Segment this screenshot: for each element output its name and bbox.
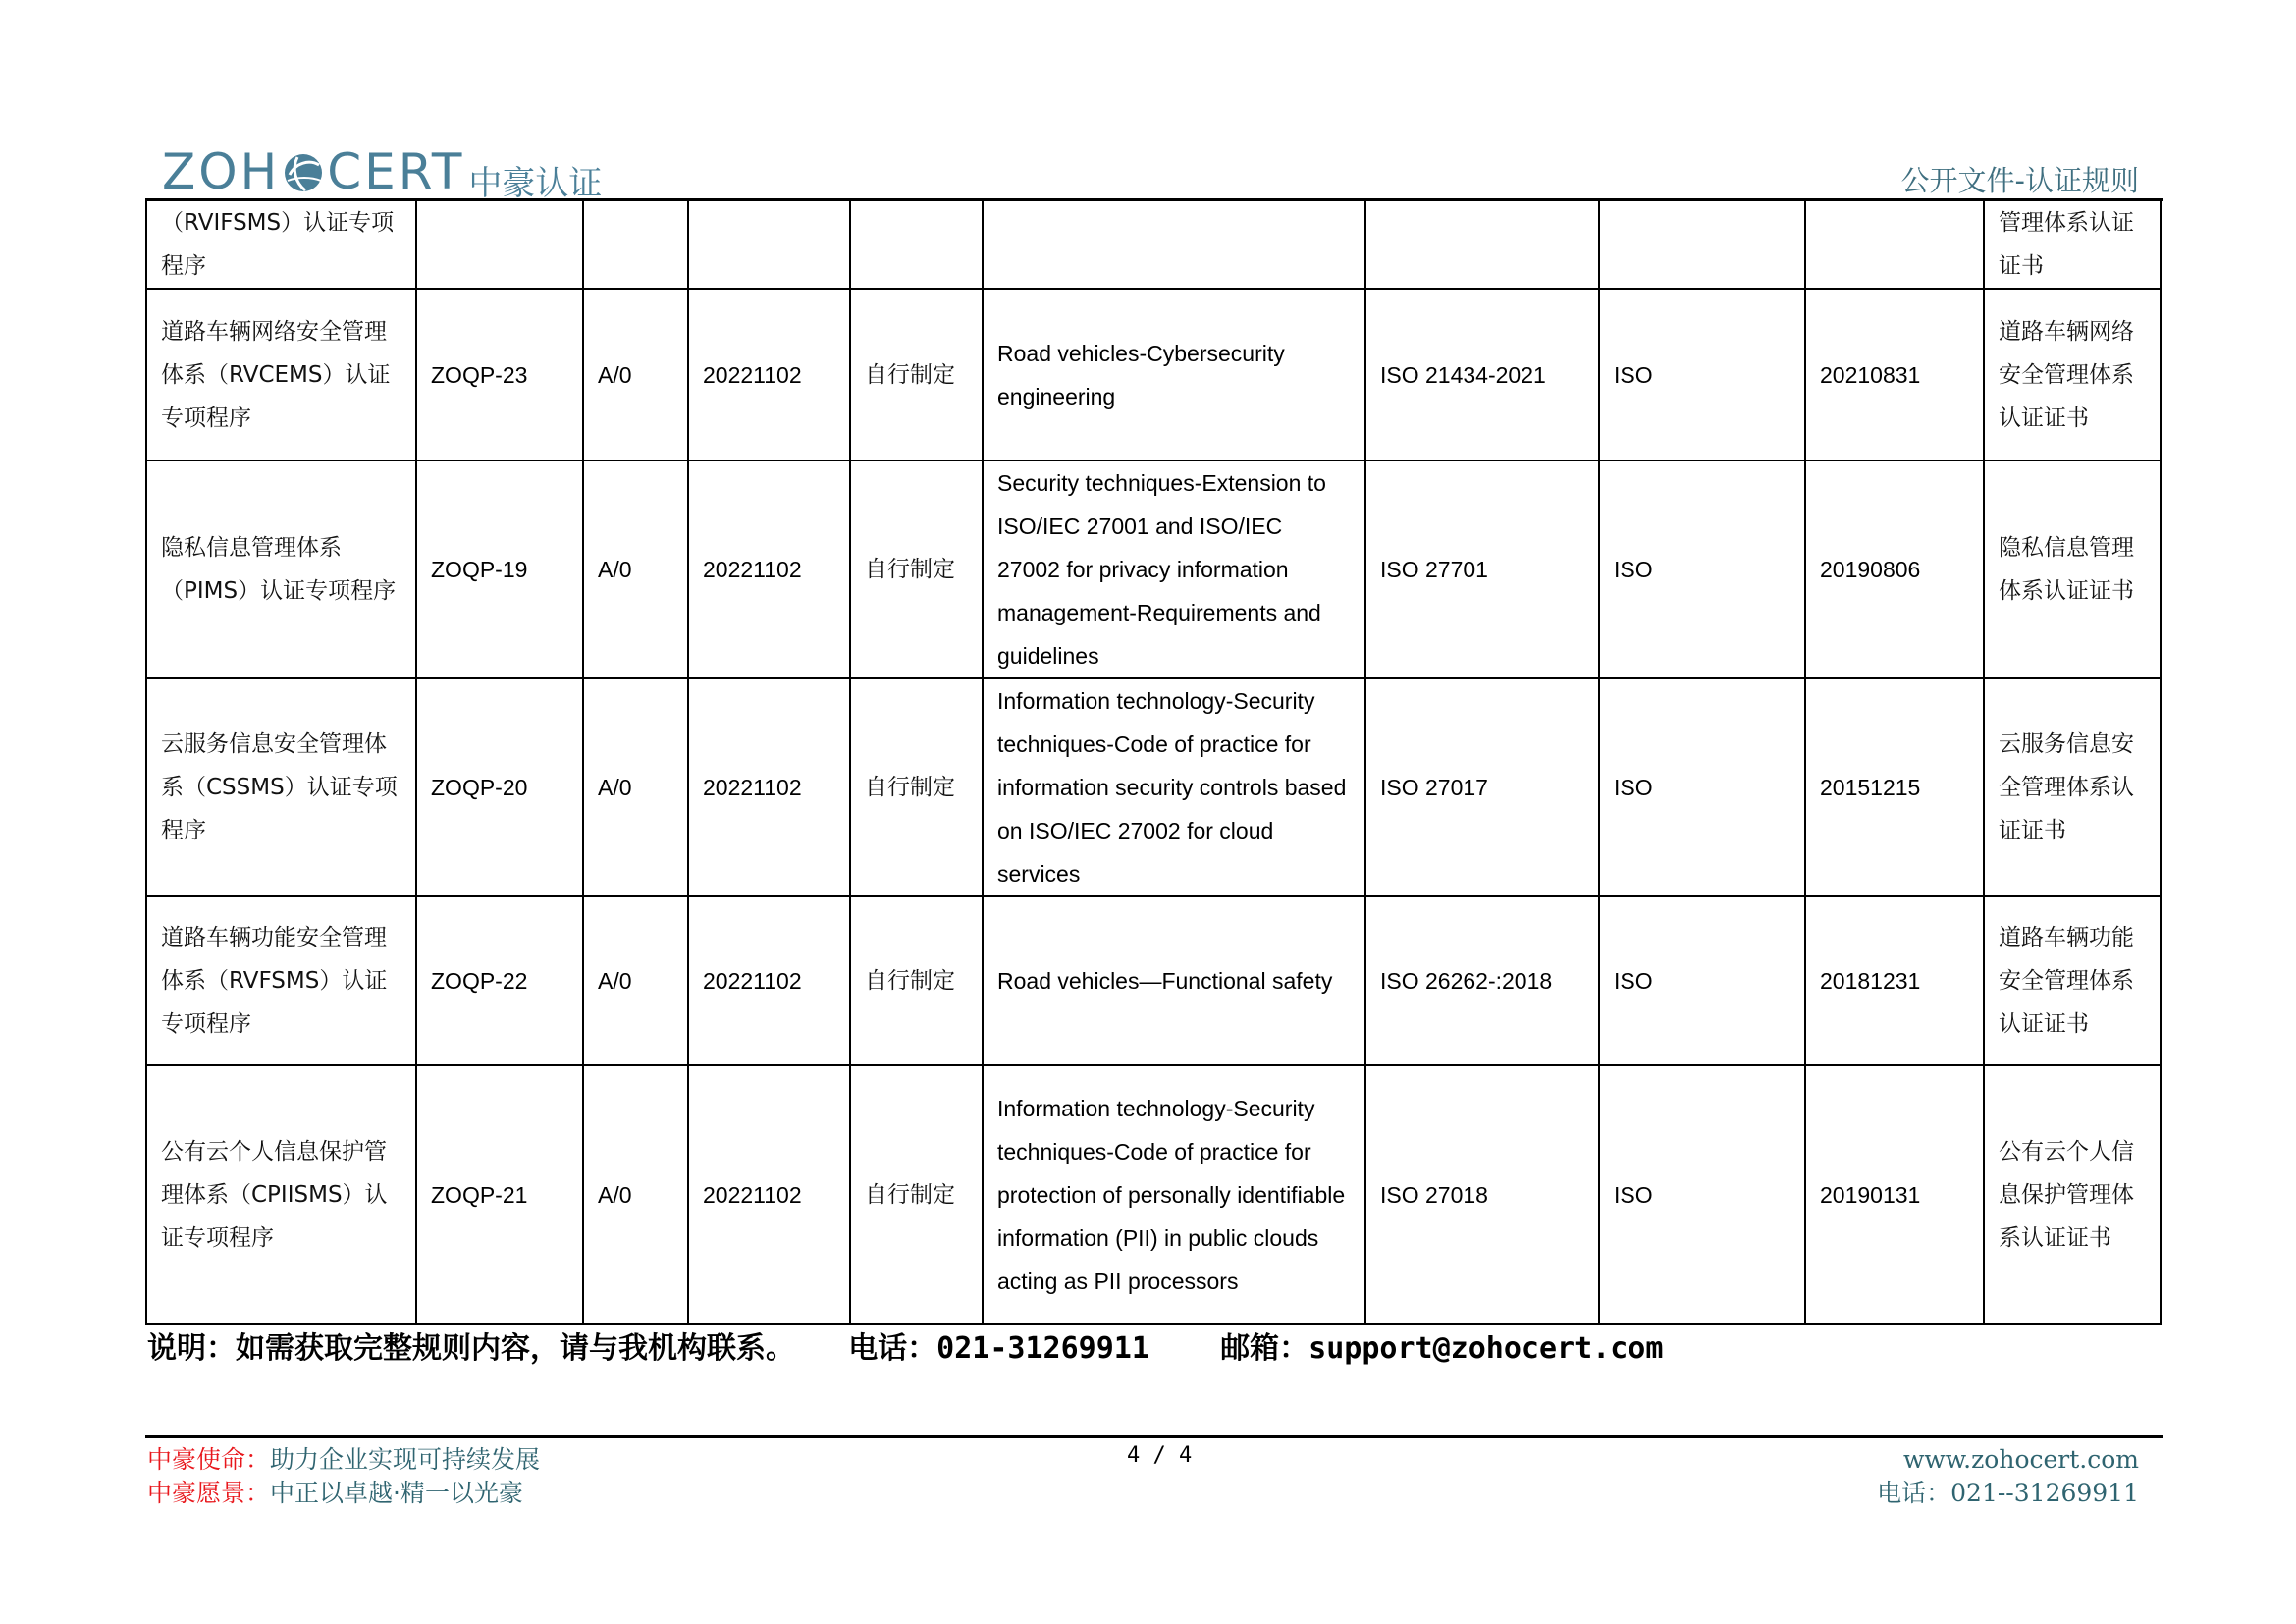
standard-date-cell: 20151215 — [1805, 678, 1984, 896]
mission-value: 助力企业实现可持续发展 — [270, 1445, 540, 1474]
version-cell: A/0 — [583, 1065, 688, 1324]
logo-chinese-name: 中豪认证 — [468, 167, 602, 200]
contact-note: 说明：如需获取完整规则内容，请与我机构联系。 电话：021-31269911 邮… — [147, 1324, 1663, 1367]
procedure-code-cell — [416, 200, 583, 289]
procedure-code-cell: ZOQP-23 — [416, 289, 583, 460]
standard-date-cell: 20210831 — [1805, 289, 1984, 460]
certificate-cell: 公有云个人信息保护管理体系认证证书 — [1984, 1065, 2161, 1324]
issuing-org-cell: ISO — [1599, 1065, 1805, 1324]
footer-divider — [145, 1435, 2163, 1438]
issuing-org-cell: ISO — [1599, 460, 1805, 678]
source-cell: 自行制定 — [850, 678, 983, 896]
procedure-name-cell: 隐私信息管理体系（PIMS）认证专项程序 — [146, 460, 416, 678]
source-cell — [850, 200, 983, 289]
standard-title-cell: Information technology-Security techniqu… — [983, 678, 1365, 896]
source-cell: 自行制定 — [850, 289, 983, 460]
certificate-cell: 隐私信息管理体系认证证书 — [1984, 460, 2161, 678]
standard-number-cell — [1365, 200, 1599, 289]
standard-title-cell: Road vehicles—Functional safety — [983, 896, 1365, 1065]
standard-title-cell: Road vehicles-Cybersecurity engineering — [983, 289, 1365, 460]
issuing-org-cell: ISO — [1599, 678, 1805, 896]
standard-number-cell: ISO 27018 — [1365, 1065, 1599, 1324]
procedure-name-cell: 云服务信息安全管理体系（CSSMS）认证专项程序 — [146, 678, 416, 896]
standard-number-cell: ISO 26262-:2018 — [1365, 896, 1599, 1065]
table-row: 公有云个人信息保护管理体系（CPIISMS）认证专项程序ZOQP-21A/020… — [146, 1065, 2161, 1324]
version-cell: A/0 — [583, 289, 688, 460]
globe-icon — [282, 151, 325, 194]
vision-label: 中豪愿景： — [147, 1479, 270, 1507]
footer-slogans: 中豪使命：助力企业实现可持续发展 中豪愿景：中正以卓越·精一以光豪 — [147, 1443, 540, 1510]
rules-table: （RVIFSMS）认证专项程序管理体系认证证书道路车辆网络安全管理体系（RVCE… — [145, 199, 2162, 1325]
standard-number-cell: ISO 27017 — [1365, 678, 1599, 896]
effective-date-cell: 20221102 — [688, 289, 850, 460]
footer-phone: 电话：021--31269911 — [1877, 1477, 2139, 1510]
logo-text-right: CERT — [327, 147, 464, 196]
vision-line: 中豪愿景：中正以卓越·精一以光豪 — [147, 1477, 540, 1510]
version-cell: A/0 — [583, 896, 688, 1065]
standard-title-cell: Security techniques-Extension to ISO/IEC… — [983, 460, 1365, 678]
procedure-name-cell: （RVIFSMS）认证专项程序 — [146, 200, 416, 289]
certificate-cell: 云服务信息安全管理体系认证证书 — [1984, 678, 2161, 896]
certificate-cell: 道路车辆功能安全管理体系认证证书 — [1984, 896, 2161, 1065]
effective-date-cell: 20221102 — [688, 678, 850, 896]
mission-line: 中豪使命：助力企业实现可持续发展 — [147, 1443, 540, 1477]
procedure-code-cell: ZOQP-20 — [416, 678, 583, 896]
source-cell: 自行制定 — [850, 896, 983, 1065]
document-title: 公开文件-认证规则 — [1901, 159, 2139, 199]
source-cell: 自行制定 — [850, 460, 983, 678]
logo-text-left: ZOH — [162, 147, 280, 196]
effective-date-cell: 20221102 — [688, 460, 850, 678]
issuing-org-cell — [1599, 200, 1805, 289]
standard-number-cell: ISO 27701 — [1365, 460, 1599, 678]
company-logo: ZOH CERT 中豪认证 — [162, 137, 602, 196]
table-row: 云服务信息安全管理体系（CSSMS）认证专项程序ZOQP-20A/0202211… — [146, 678, 2161, 896]
mission-label: 中豪使命： — [147, 1445, 270, 1474]
standard-number-cell: ISO 21434-2021 — [1365, 289, 1599, 460]
certificate-cell: 管理体系认证证书 — [1984, 200, 2161, 289]
vision-value: 中正以卓越·精一以光豪 — [270, 1479, 523, 1507]
footer-contact: www.zohocert.com 电话：021--31269911 — [1877, 1443, 2139, 1510]
standard-date-cell: 20181231 — [1805, 896, 1984, 1065]
procedure-code-cell: ZOQP-22 — [416, 896, 583, 1065]
procedure-code-cell: ZOQP-19 — [416, 460, 583, 678]
table-row: （RVIFSMS）认证专项程序管理体系认证证书 — [146, 200, 2161, 289]
procedure-code-cell: ZOQP-21 — [416, 1065, 583, 1324]
source-cell: 自行制定 — [850, 1065, 983, 1324]
standard-title-cell: Information technology-Security techniqu… — [983, 1065, 1365, 1324]
standard-title-cell — [983, 200, 1365, 289]
page-number: 4 / 4 — [1127, 1443, 1192, 1468]
standard-date-cell: 20190806 — [1805, 460, 1984, 678]
note-text: 说明：如需获取完整规则内容，请与我机构联系。 — [147, 1331, 795, 1366]
version-cell: A/0 — [583, 678, 688, 896]
table-row: 隐私信息管理体系（PIMS）认证专项程序ZOQP-19A/020221102自行… — [146, 460, 2161, 678]
procedure-name-cell: 道路车辆网络安全管理体系（RVCEMS）认证专项程序 — [146, 289, 416, 460]
effective-date-cell: 20221102 — [688, 896, 850, 1065]
procedure-name-cell: 公有云个人信息保护管理体系（CPIISMS）认证专项程序 — [146, 1065, 416, 1324]
note-phone: 电话：021-31269911 — [848, 1331, 1149, 1366]
note-email[interactable]: 邮箱：support@zohocert.com — [1220, 1331, 1663, 1366]
effective-date-cell: 20221102 — [688, 1065, 850, 1324]
version-cell: A/0 — [583, 460, 688, 678]
effective-date-cell — [688, 200, 850, 289]
standard-date-cell: 20190131 — [1805, 1065, 1984, 1324]
version-cell — [583, 200, 688, 289]
table-row: 道路车辆网络安全管理体系（RVCEMS）认证专项程序ZOQP-23A/02022… — [146, 289, 2161, 460]
standard-date-cell — [1805, 200, 1984, 289]
certificate-cell: 道路车辆网络安全管理体系认证证书 — [1984, 289, 2161, 460]
procedure-name-cell: 道路车辆功能安全管理体系（RVFSMS）认证专项程序 — [146, 896, 416, 1065]
table-row: 道路车辆功能安全管理体系（RVFSMS）认证专项程序ZOQP-22A/02022… — [146, 896, 2161, 1065]
issuing-org-cell: ISO — [1599, 289, 1805, 460]
website-link[interactable]: www.zohocert.com — [1877, 1443, 2139, 1477]
issuing-org-cell: ISO — [1599, 896, 1805, 1065]
